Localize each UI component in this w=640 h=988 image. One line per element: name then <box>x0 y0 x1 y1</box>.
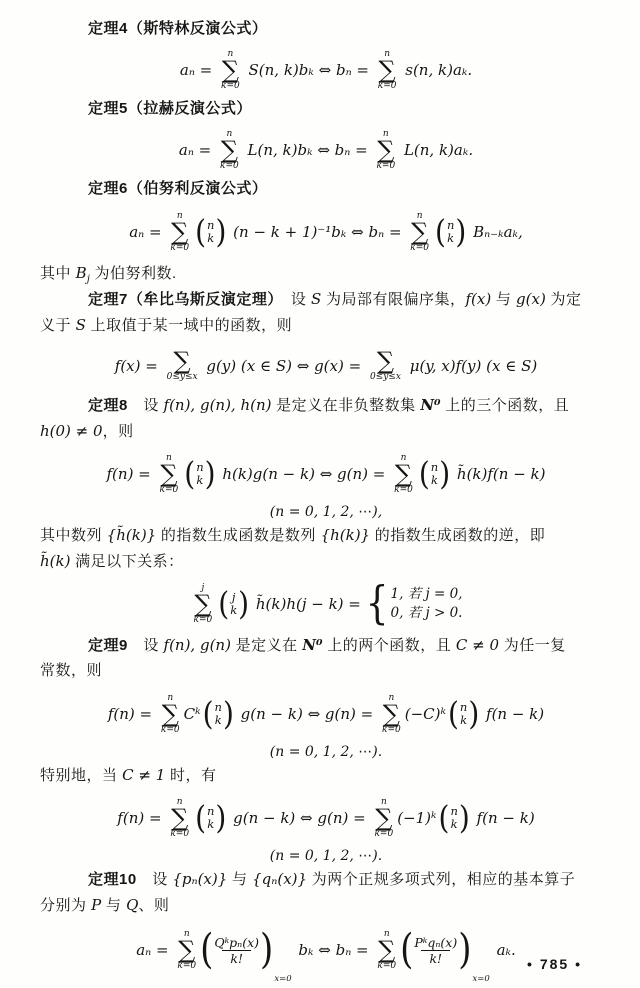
formula-mid: g(n − k) ⇔ g(n) = <box>236 705 378 723</box>
left-paren: ( <box>200 930 213 971</box>
binomial-coefficient: ( n k ) <box>203 700 234 728</box>
right-paren: ) <box>439 458 450 490</box>
formula-rhs: h̃(k)f(n − k) <box>452 465 545 483</box>
bernoulli-remark: 其中 Bj 为伯努利数. <box>40 260 612 286</box>
formula-mid: S(n, k)bₖ ⇔ bₙ = <box>244 61 374 79</box>
sigma-icon: ∑ <box>375 807 392 829</box>
text-run: 与 <box>101 897 126 914</box>
text-run: 其中数列 <box>40 527 107 544</box>
fraction: Qᵏpₙ(x) k! <box>214 935 259 966</box>
binom-bottom: k <box>196 474 203 487</box>
math-run: h(0) ≠ 0 <box>40 422 103 440</box>
theorem7-paragraph-line1: 定理7（牟比乌斯反演定理） 设 S 为局部有限偏序集，f(x) 与 g(x) 为… <box>40 286 612 312</box>
theorem4-heading: 定理4（斯特林反演公式） <box>40 16 612 42</box>
formula-lhs: aₙ = <box>136 941 173 959</box>
formula-condition: (n = 0, 1, 2, ⋯). <box>40 742 612 762</box>
sum-lower-limit: k=0 <box>170 829 189 839</box>
formula-condition: (n = 0, 1, 2, ⋯), <box>40 502 612 522</box>
binom-bottom: k <box>207 232 214 245</box>
summation: n ∑ k=0 <box>220 129 239 171</box>
evaluation-subscript: x=0 <box>274 974 291 984</box>
summation: ∑ 0≤y≤x <box>370 350 401 382</box>
text-run: 分别为 <box>40 897 91 914</box>
binomial-coefficient: ( n k ) <box>184 460 215 488</box>
right-paren: ) <box>215 216 226 248</box>
right-paren: ) <box>223 698 234 730</box>
formula-rhs: μ(y, x)f(y) (x ∈ S) <box>405 357 537 375</box>
right-paren: ) <box>468 698 479 730</box>
text-run: 为任一复 <box>499 637 566 654</box>
binom-bottom: k <box>207 818 214 831</box>
coefficient: (−1)ᵏ <box>397 809 436 827</box>
theorem5-heading: 定理5（拉赫反演公式） <box>40 96 612 122</box>
theorem7-formula: f(x) = ∑ 0≤y≤x g(y) (x ∈ S) ⇔ g(x) = ∑ 0… <box>40 342 612 390</box>
text-run: 设 <box>275 291 311 308</box>
binomial-coefficient: ( n k ) <box>195 804 226 832</box>
text-run: 上的三个函数，且 <box>441 397 570 414</box>
formula-mid: g(n − k) ⇔ g(n) = <box>228 809 370 827</box>
evaluation-subscript: x=0 <box>472 974 489 984</box>
sum-lower-limit: 0≤y≤x <box>167 372 198 382</box>
htilde-remark-line1: 其中数列 {h̃(k)} 的指数生成函数是数列 {h(k)} 的指数生成函数的逆… <box>40 522 612 548</box>
text-run: 满足以下关系： <box>70 553 183 570</box>
formula-lhs: aₙ = <box>129 223 166 241</box>
fraction-numerator: Pᵏqₙ(x) <box>414 935 457 950</box>
sigma-icon: ∑ <box>174 350 191 372</box>
formula-mid: (n − k + 1)⁻¹bₖ ⇔ bₙ = <box>228 223 406 241</box>
sigma-icon: ∑ <box>377 350 394 372</box>
theorem10-paragraph-line1: 定理10 设 {pₙ(x)} 与 {qₙ(x)} 为两个正规多项式列，相应的基本… <box>40 866 612 892</box>
math-run: P <box>91 896 101 914</box>
math-run: {h(k)} <box>321 526 371 544</box>
sum-lower-limit: k=0 <box>377 961 396 971</box>
theorem6-formula: aₙ = n ∑ k=0 ( n k ) (n − k + 1)⁻¹bₖ ⇔ b… <box>40 206 612 258</box>
sum-lower-limit: 0≤y≤x <box>370 372 401 382</box>
left-paren: ( <box>203 698 214 730</box>
formula-mid: L(n, k)bₖ ⇔ bₙ = <box>243 141 373 159</box>
text-run: 、则 <box>138 897 169 914</box>
theorem8-formula: f(n) = n ∑ k=0 ( n k ) h(k)g(n − k) ⇔ g(… <box>40 448 612 500</box>
theorem10-label: 定理10 <box>88 871 137 888</box>
left-paren: ( <box>400 930 413 971</box>
formula-mid: h̃(k)h(j − k) = <box>251 595 366 613</box>
binomial-coefficient: ( n k ) <box>195 218 226 246</box>
summation: n ∑ k=0 <box>161 693 180 735</box>
binom-bottom: k <box>230 604 237 617</box>
binomial-coefficient: ( n k ) <box>419 460 450 488</box>
text-run: 上的两个函数，且 <box>323 637 456 654</box>
text-run: 的指数生成函数是数列 <box>156 527 320 544</box>
formula-mid: h(k)g(n − k) ⇔ g(n) = <box>218 465 391 483</box>
text-run: 为局部有限偏序集， <box>321 291 465 308</box>
text-run: ，则 <box>103 423 134 440</box>
formula-rhs: f(n − k) <box>472 809 535 827</box>
fraction: Pᵏqₙ(x) k! <box>414 935 457 966</box>
special-case-line: 特别地，当 C ≠ 1 时，有 <box>40 762 612 788</box>
sum-lower-limit: k=0 <box>376 161 395 171</box>
sum-lower-limit: k=0 <box>221 81 240 91</box>
formula-lhs: f(n) = <box>108 705 157 723</box>
formula-mid: g(y) (x ∈ S) ⇔ g(x) = <box>202 357 366 375</box>
binom-bottom: k <box>447 232 454 245</box>
text-run: 的指数生成函数的逆，即 <box>370 527 545 544</box>
text-run: 设 <box>137 871 173 888</box>
right-paren: ) <box>205 458 216 490</box>
math-run: S <box>76 316 86 334</box>
summation: n ∑ k=0 <box>170 797 189 839</box>
right-paren: ) <box>455 216 466 248</box>
cases-construct: { 1, 若 j = 0, 0, 若 j > 0. <box>366 585 463 623</box>
formula-condition: (n = 0, 1, 2, ⋯). <box>40 846 612 866</box>
math-run: f(n), g(n) <box>164 636 231 654</box>
theorem9-paragraph-line2: 常数，则 <box>40 658 612 684</box>
right-paren: ) <box>260 930 273 971</box>
formula-mid: bₖ ⇔ bₙ = <box>294 941 374 959</box>
sum-lower-limit: k=0 <box>382 725 401 735</box>
theorem7-paragraph-line2: 义于 S 上取值于某一域中的函数，则 <box>40 312 612 338</box>
math-run: C ≠ 1 <box>122 766 165 784</box>
theorem6-heading: 定理6（伯努利反演公式） <box>40 176 612 202</box>
summation: n ∑ k=0 <box>378 49 397 91</box>
text-run: 为伯努利数. <box>90 265 177 282</box>
theorem9-formula: f(n) = n ∑ k=0 Cᵏ ( n k ) g(n − k) ⇔ g(n… <box>40 688 612 740</box>
fraction-denominator: k! <box>222 950 251 966</box>
math-run: h̃(k) <box>40 552 70 570</box>
binom-bottom: k <box>460 714 467 727</box>
theorem8-label: 定理8 <box>88 397 128 414</box>
math-run: f(n), g(n), h(n) <box>164 396 272 414</box>
left-paren: ( <box>419 458 430 490</box>
text-run: 时，有 <box>165 767 216 784</box>
theorem10-paragraph-line2: 分别为 P 与 Q、则 <box>40 892 612 918</box>
text-run: 与 <box>491 291 516 308</box>
formula-lhs: f(n) = <box>107 465 156 483</box>
sigma-icon: ∑ <box>378 939 395 961</box>
math-run: Q <box>126 896 138 914</box>
text-run: 与 <box>227 871 252 888</box>
formula-rhs: f(n − k) <box>481 705 544 723</box>
sum-lower-limit: k=0 <box>170 243 189 253</box>
text-run: 为两个正规多项式列，相应的基本算子 <box>307 871 575 888</box>
left-paren: ( <box>439 802 450 834</box>
math-run: f(x) <box>465 290 491 308</box>
sigma-icon: ∑ <box>171 807 188 829</box>
sum-lower-limit: k=0 <box>378 81 397 91</box>
summation: n ∑ k=0 <box>377 929 396 971</box>
formula-rhs: Bₙ₋ₖaₖ, <box>468 223 522 241</box>
theorem5-formula: aₙ = n ∑ k=0 L(n, k)bₖ ⇔ bₙ = n ∑ k=0 L(… <box>40 126 612 174</box>
theorem8-paragraph-line2: h(0) ≠ 0，则 <box>40 418 612 444</box>
text-run: 为定 <box>546 291 582 308</box>
binomial-coefficient: ( n k ) <box>448 700 479 728</box>
left-brace: { <box>366 582 389 627</box>
sum-lower-limit: k=0 <box>394 485 413 495</box>
binomial-coefficient: ( j k ) <box>218 590 249 618</box>
sigma-icon: ∑ <box>411 221 428 243</box>
summation: n ∑ k=0 <box>221 49 240 91</box>
formula-lhs: aₙ = <box>180 61 217 79</box>
sum-lower-limit: k=0 <box>410 243 429 253</box>
sigma-icon: ∑ <box>395 463 412 485</box>
book-page: 定理4（斯特林反演公式） aₙ = n ∑ k=0 S(n, k)bₖ ⇔ bₙ… <box>0 0 640 988</box>
text-run: 是定义在非负整数集 <box>272 397 421 414</box>
coefficient: Cᵏ <box>184 705 201 723</box>
sum-lower-limit: k=0 <box>161 725 180 735</box>
sum-lower-limit: k=0 <box>194 615 213 625</box>
coefficient: (−C)ᵏ <box>405 705 446 723</box>
theorem8-paragraph-line1: 定理8 设 f(n), g(n), h(n) 是定义在非负整数集 N⁰ 上的三个… <box>40 392 612 418</box>
theorem4-formula: aₙ = n ∑ k=0 S(n, k)bₖ ⇔ bₙ = n ∑ k=0 s(… <box>40 46 612 94</box>
fraction-numerator: Qᵏpₙ(x) <box>214 935 259 950</box>
text-run: 是定义在 <box>231 637 302 654</box>
theorem9-label: 定理9 <box>88 637 128 654</box>
math-run: S <box>311 290 321 308</box>
right-paren: ) <box>458 930 471 971</box>
math-run: N⁰ <box>302 636 322 654</box>
sigma-icon: ∑ <box>222 59 239 81</box>
case-one: 1, 若 j = 0, <box>391 585 463 604</box>
right-paren: ) <box>459 802 470 834</box>
formula-lhs: aₙ = <box>179 141 216 159</box>
summation: n ∑ k=0 <box>394 453 413 495</box>
page-number: • 785 • <box>527 956 582 972</box>
formula-lhs: f(x) = <box>115 357 163 375</box>
sigma-icon: ∑ <box>221 139 238 161</box>
htilde-relation-formula: j ∑ k=0 ( j k ) h̃(k)h(j − k) = { 1, 若 j… <box>40 578 612 630</box>
summation: n ∑ k=0 <box>374 797 393 839</box>
sigma-icon: ∑ <box>160 463 177 485</box>
summation: n ∑ k=0 <box>410 211 429 253</box>
sigma-icon: ∑ <box>162 703 179 725</box>
sigma-icon: ∑ <box>377 139 394 161</box>
left-paren: ( <box>184 458 195 490</box>
summation: n ∑ k=0 <box>170 211 189 253</box>
formula-rhs: s(n, k)aₖ. <box>400 61 472 79</box>
left-paren: ( <box>195 216 206 248</box>
math-run: g(x) <box>516 290 546 308</box>
theorem9-special-formula: f(n) = n ∑ k=0 ( n k ) g(n − k) ⇔ g(n) =… <box>40 792 612 844</box>
text-run: 常数，则 <box>40 662 102 679</box>
summation: j ∑ k=0 <box>194 583 213 625</box>
math-run: N⁰ <box>420 396 440 414</box>
theorem9-paragraph-line1: 定理9 设 f(n), g(n) 是定义在 N⁰ 上的两个函数，且 C ≠ 0 … <box>40 632 612 658</box>
left-paren: ( <box>218 588 229 620</box>
math-run: C ≠ 0 <box>456 636 499 654</box>
summation: n ∑ k=0 <box>160 453 179 495</box>
text-run: 义于 <box>40 317 76 334</box>
sum-lower-limit: k=0 <box>177 961 196 971</box>
case-two: 0, 若 j > 0. <box>391 604 463 623</box>
summation: ∑ 0≤y≤x <box>167 350 198 382</box>
text-run: 上取值于某一域中的函数，则 <box>86 317 292 334</box>
sigma-icon: ∑ <box>194 593 211 615</box>
formula-rhs: aₖ. <box>492 941 516 959</box>
binom-bottom: k <box>451 818 458 831</box>
binom-bottom: k <box>431 474 438 487</box>
math-run: {h̃(k)} <box>107 526 157 544</box>
summation: n ∑ k=0 <box>376 129 395 171</box>
binomial-coefficient: ( n k ) <box>439 804 470 832</box>
sum-lower-limit: k=0 <box>220 161 239 171</box>
math-run: {pₙ(x)} <box>172 870 227 888</box>
theorem7-label: 定理7（牟比乌斯反演定理） <box>88 291 275 308</box>
sigma-icon: ∑ <box>178 939 195 961</box>
formula-rhs: L(n, k)aₖ. <box>399 141 473 159</box>
sigma-icon: ∑ <box>379 59 396 81</box>
text-run: 特别地，当 <box>40 767 122 784</box>
text-run: 设 <box>128 637 164 654</box>
right-paren: ) <box>215 802 226 834</box>
math-symbol: B <box>76 264 87 282</box>
right-paren: ) <box>238 588 249 620</box>
sum-lower-limit: k=0 <box>160 485 179 495</box>
sigma-icon: ∑ <box>383 703 400 725</box>
binom-bottom: k <box>215 714 222 727</box>
binomial-coefficient: ( n k ) <box>435 218 466 246</box>
fraction-denominator: k! <box>421 950 450 966</box>
text-run: 其中 <box>40 265 76 282</box>
left-paren: ( <box>448 698 459 730</box>
sum-lower-limit: k=0 <box>374 829 393 839</box>
formula-lhs: f(n) = <box>117 809 166 827</box>
sigma-icon: ∑ <box>171 221 188 243</box>
summation: n ∑ k=0 <box>382 693 401 735</box>
htilde-remark-line2: h̃(k) 满足以下关系： <box>40 548 612 574</box>
left-paren: ( <box>195 802 206 834</box>
math-run: {qₙ(x)} <box>252 870 307 888</box>
summation: n ∑ k=0 <box>177 929 196 971</box>
text-run: 设 <box>128 397 164 414</box>
left-paren: ( <box>435 216 446 248</box>
